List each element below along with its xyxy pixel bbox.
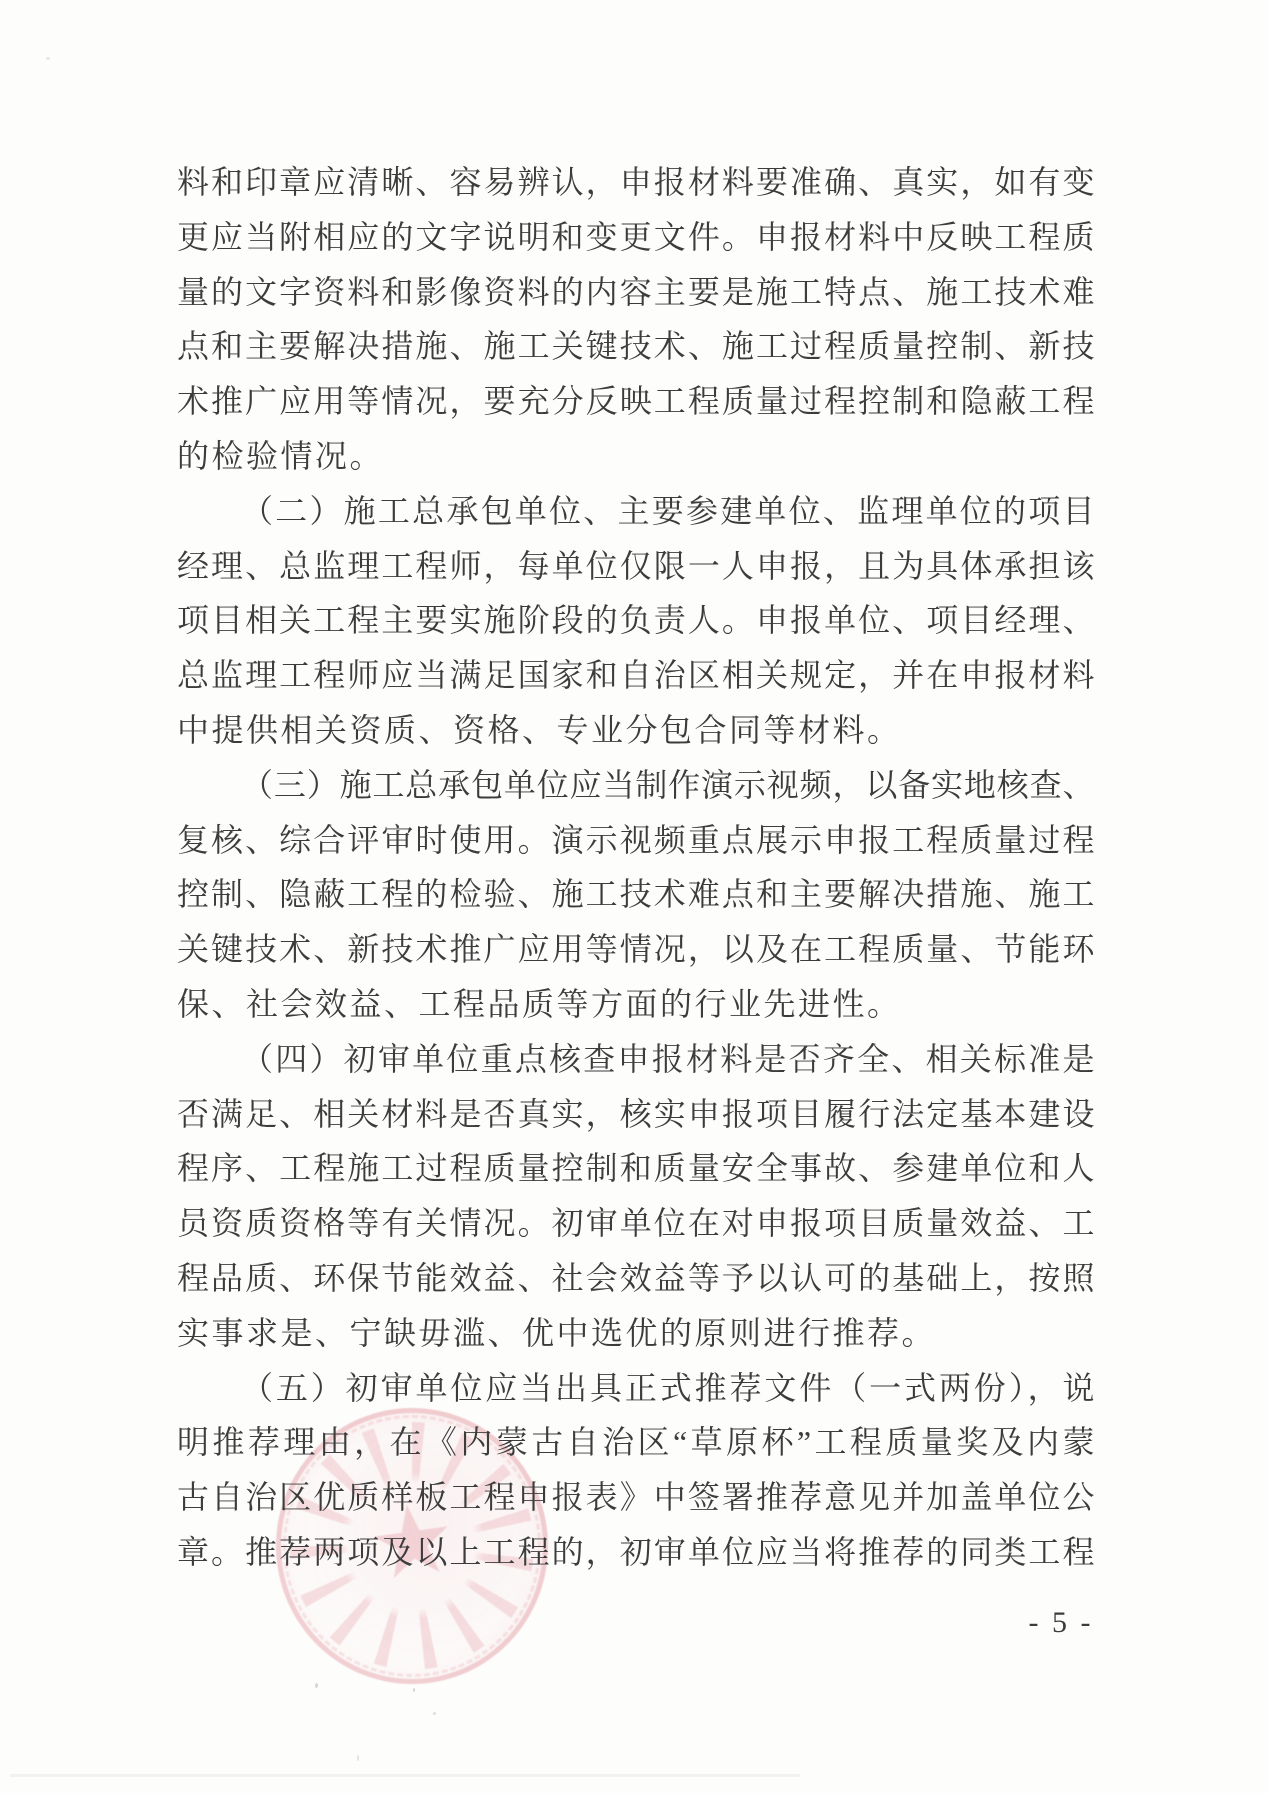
body-line: 控制、隐蔽工程的检验、施工技术难点和主要解决措施、施工 (177, 867, 1095, 922)
page-number: - 5 - (1013, 1606, 1109, 1640)
body-line: 项目相关工程主要实施阶段的负责人。申报单位、项目经理、 (177, 593, 1095, 648)
scan-speck (433, 1712, 436, 1715)
body-line: 程品质、环保节能效益、社会效益等予以认可的基础上，按照 (177, 1251, 1095, 1306)
scan-speck (46, 57, 50, 60)
body-line: 员资质资格等有关情况。初审单位在对申报项目质量效益、工 (177, 1196, 1095, 1251)
body-line: 复核、综合评审时使用。演示视频重点展示申报工程质量过程 (177, 813, 1095, 868)
body-line: 料和印章应清晰、容易辨认，申报材料要准确、真实，如有变 (177, 155, 1095, 210)
body-line: （四）初审单位重点核查申报材料是否齐全、相关标准是 (177, 1032, 1095, 1087)
body-text: 料和印章应清晰、容易辨认，申报材料要准确、真实，如有变 更应当附相应的文字说明和… (177, 155, 1095, 1580)
body-line: 更应当附相应的文字说明和变更文件。申报材料中反映工程质 (177, 210, 1095, 265)
body-line: 的检验情况。 (177, 429, 1095, 484)
body-line: 程序、工程施工过程质量控制和质量安全事故、参建单位和人 (177, 1141, 1095, 1196)
body-line: （二）施工总承包单位、主要参建单位、监理单位的项目 (177, 484, 1095, 539)
body-line: 关键技术、新技术推广应用等情况，以及在工程质量、节能环 (177, 922, 1095, 977)
body-line: 术推广应用等情况，要充分反映工程质量过程控制和隐蔽工程 (177, 374, 1095, 429)
body-line: 量的文字资料和影像资料的内容主要是施工特点、施工技术难 (177, 265, 1095, 320)
body-line: 古自治区优质样板工程申报表》中签署推荐意见并加盖单位公 (177, 1470, 1095, 1525)
body-line: 保、社会效益、工程品质等方面的行业先进性。 (177, 977, 1095, 1032)
body-line: 经理、总监理工程师，每单位仅限一人申报，且为具体承担该 (177, 539, 1095, 594)
scan-speck (357, 1755, 359, 1761)
body-line: 实事求是、宁缺毋滥、优中选优的原则进行推荐。 (177, 1306, 1095, 1361)
body-line: 中提供相关资质、资格、专业分包合同等材料。 (177, 703, 1095, 758)
body-line: 否满足、相关材料是否真实，核实申报项目履行法定基本建设 (177, 1087, 1095, 1142)
body-line: （五）初审单位应当出具正式推荐文件（一式两份），说 (177, 1361, 1095, 1416)
scan-speck (315, 1683, 318, 1688)
scan-streak (10, 1774, 800, 1777)
body-line: 总监理工程师应当满足国家和自治区相关规定，并在申报材料 (177, 648, 1095, 703)
body-line: 章。推荐两项及以上工程的，初审单位应当将推荐的同类工程 (177, 1525, 1095, 1580)
body-line: 点和主要解决措施、施工关键技术、施工过程质量控制、新技 (177, 319, 1095, 374)
body-line: （三）施工总承包单位应当制作演示视频，以备实地核查、 (177, 758, 1095, 813)
scan-speck (413, 1688, 415, 1692)
body-line: 明推荐理由，在《内蒙古自治区“草原杯”工程质量奖及内蒙 (177, 1415, 1095, 1470)
document-page: 料和印章应清晰、容易辨认，申报材料要准确、真实，如有变 更应当附相应的文字说明和… (0, 0, 1269, 1793)
